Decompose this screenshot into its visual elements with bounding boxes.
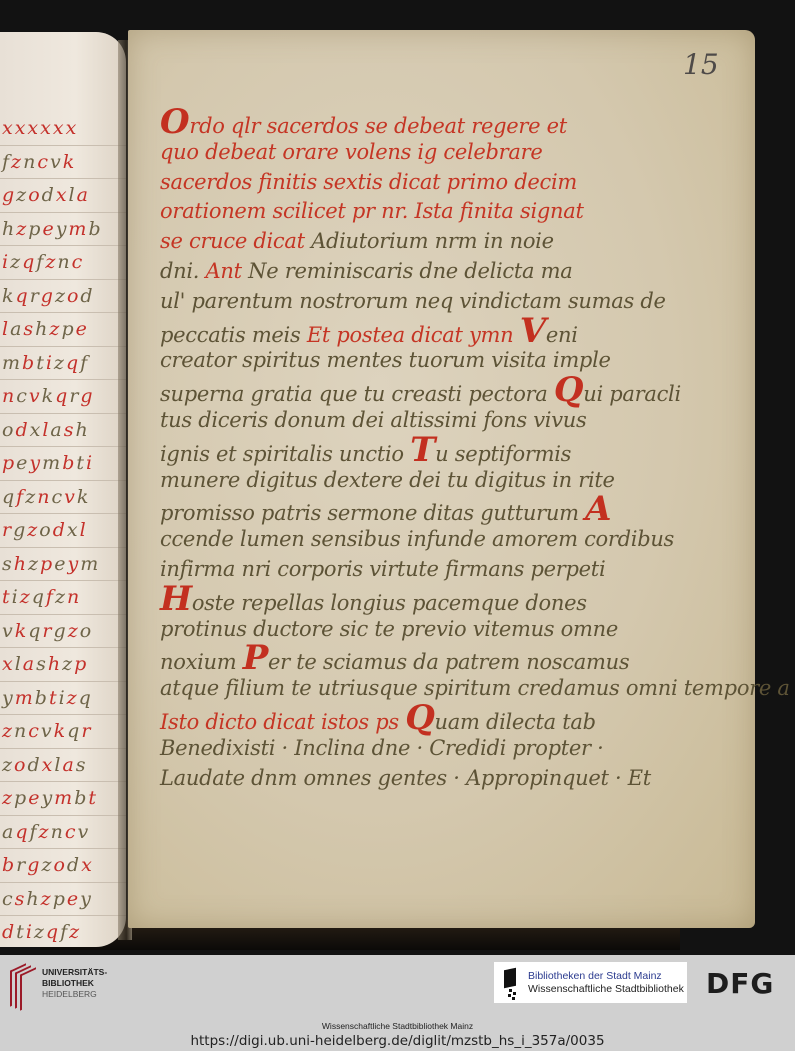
cipher-letter: g bbox=[13, 519, 27, 541]
cipher-letter: g bbox=[2, 184, 16, 206]
ub-heidelberg-logo[interactable]: UNIVERSITÄTS- BIBLIOTHEK HEIDELBERG bbox=[8, 963, 107, 1003]
body-text: peccatis meis bbox=[160, 323, 307, 347]
logo-line-3: HEIDELBERG bbox=[42, 989, 107, 1000]
cipher-row: y m b t i z q bbox=[0, 682, 126, 716]
body-text: Adiutorium nrm in noie bbox=[311, 229, 554, 253]
cipher-letter: a bbox=[10, 318, 23, 340]
cipher-letter: k bbox=[42, 385, 56, 407]
manuscript-line: Ordo qlr sacerdos se debeat regere et bbox=[160, 108, 660, 138]
cipher-letter: v bbox=[41, 720, 54, 742]
rubric-text: Ant bbox=[206, 259, 249, 283]
rubricated-initial: V bbox=[520, 311, 546, 351]
cipher-letter: z bbox=[55, 586, 67, 608]
cipher-letter: l bbox=[80, 519, 88, 541]
manuscript-line: peccatis meis Et postea dicat ymn Veni bbox=[160, 317, 660, 347]
cipher-letter: d bbox=[15, 419, 29, 441]
rubricated-initial: H bbox=[160, 579, 192, 619]
manuscript-line: quo debeat orare volens ig celebrare bbox=[160, 138, 660, 168]
cipher-letter: n bbox=[67, 586, 81, 608]
cipher-letter: x bbox=[30, 419, 43, 441]
cipher-letter: k bbox=[2, 285, 16, 307]
book-pixel-icon bbox=[500, 967, 522, 999]
cipher-letter: p bbox=[40, 553, 54, 575]
cipher-letter: z bbox=[69, 921, 81, 943]
manuscript-line: noxium Per te sciamus da patrem noscamus bbox=[160, 644, 660, 674]
cipher-letter: z bbox=[62, 653, 74, 675]
body-text: superna gratia que tu creasti pectora bbox=[160, 382, 554, 406]
cipher-letter: c bbox=[72, 251, 85, 273]
cipher-row: z o d x l a s bbox=[0, 749, 126, 783]
cipher-letter: l bbox=[42, 419, 50, 441]
cipher-letter: t bbox=[36, 352, 46, 374]
cipher-letter: l bbox=[15, 653, 23, 675]
manuscript-line: Isto dicto dicat istos ps Quam dilecta t… bbox=[160, 704, 660, 734]
cipher-letter: n bbox=[23, 151, 37, 173]
ub-heidelberg-wordmark: UNIVERSITÄTS- BIBLIOTHEK HEIDELBERG bbox=[42, 967, 107, 1000]
rubric-text: se cruce dicat bbox=[160, 229, 311, 253]
cipher-letter: z bbox=[55, 285, 67, 307]
cipher-letter: f bbox=[16, 486, 25, 508]
body-text: creator spiritus mentes tuorum visita im… bbox=[160, 348, 611, 372]
cipher-letter: o bbox=[39, 519, 52, 541]
cipher-grid: xxxxxxf z n c v k g z o d x l a h z p e … bbox=[0, 112, 126, 917]
cipher-letter: r bbox=[69, 385, 80, 407]
cipher-letter: v bbox=[77, 821, 90, 843]
cipher-letter: h bbox=[48, 653, 62, 675]
cipher-letter: s bbox=[2, 553, 14, 575]
cipher-row: a q f z n c v bbox=[0, 816, 126, 850]
cipher-letter: s bbox=[23, 318, 35, 340]
cipher-letter: i bbox=[12, 586, 20, 608]
cipher-letter: r bbox=[30, 285, 41, 307]
cipher-letter: f bbox=[36, 251, 45, 273]
cipher-letter: o bbox=[2, 419, 15, 441]
cipher-letter: f bbox=[2, 151, 11, 173]
manuscript-text-block: Ordo qlr sacerdos se debeat regere etquo… bbox=[160, 108, 660, 793]
cipher-letter: o bbox=[28, 184, 41, 206]
body-text: uam dilecta tab bbox=[435, 710, 596, 734]
permalink-url[interactable]: https://digi.ub.uni-heidelberg.de/diglit… bbox=[0, 1033, 795, 1049]
cipher-letter: q bbox=[46, 921, 60, 943]
cipher-row: d t i z q f z bbox=[0, 916, 126, 947]
manuscript-line: orationem scilicet pr nr. Ista finita si… bbox=[160, 197, 660, 227]
cipher-row: b r g z o d x bbox=[0, 849, 126, 883]
cipher-letter: z bbox=[41, 854, 53, 876]
cipher-letter: z bbox=[2, 720, 14, 742]
rubric-text: orationem scilicet pr nr. Ista finita si… bbox=[160, 199, 584, 223]
cipher-letter: q bbox=[15, 821, 29, 843]
body-text: ui paracli bbox=[583, 382, 681, 406]
cipher-letter: g bbox=[54, 620, 68, 642]
manuscript-line: Laudate dnm omnes gentes · Appropinquet … bbox=[160, 764, 660, 794]
cipher-letter: i bbox=[2, 251, 10, 273]
cipher-letter: z bbox=[20, 586, 32, 608]
ub-heidelberg-mark-icon bbox=[8, 963, 36, 1003]
cipher-letter: z bbox=[10, 251, 22, 273]
cipher-letter: z bbox=[11, 151, 23, 173]
cipher-letter: q bbox=[55, 385, 69, 407]
cipher-letter: h bbox=[76, 419, 90, 441]
cipher-letter: q bbox=[67, 720, 81, 742]
left-page-cipher-table: xxxxxxf z n c v k g z o d x l a h z p e … bbox=[0, 32, 126, 947]
cipher-letter: y bbox=[56, 218, 69, 240]
cipher-letter: e bbox=[67, 888, 80, 910]
cipher-letter: b bbox=[35, 687, 49, 709]
cipher-row: t i z q f z n bbox=[0, 581, 126, 615]
body-text: tus diceris donum dei altissimi fons viv… bbox=[160, 408, 586, 432]
rubric-text: Et postea dicat ymn bbox=[307, 323, 520, 347]
cipher-letter: s bbox=[64, 419, 76, 441]
cipher-row: c s h z p e y bbox=[0, 883, 126, 917]
logo-line-1: UNIVERSITÄTS- bbox=[42, 967, 107, 978]
cipher-row: m b t i z q f bbox=[0, 347, 126, 381]
cipher-letter: z bbox=[41, 888, 53, 910]
manuscript-line: creator spiritus mentes tuorum visita im… bbox=[160, 346, 660, 376]
cipher-letter: d bbox=[67, 854, 81, 876]
rubric-text: rdo qlr sacerdos se debeat regere et bbox=[189, 114, 567, 138]
cipher-letter: l bbox=[2, 318, 10, 340]
cipher-row: x l a s h z p bbox=[0, 648, 126, 682]
cipher-row: p e y m b t i bbox=[0, 447, 126, 481]
cipher-letter: v bbox=[29, 385, 42, 407]
cipher-row: k q r g z o d bbox=[0, 280, 126, 314]
cipher-letter: q bbox=[66, 352, 80, 374]
rubric-text: quo debeat orare volens ig celebrare bbox=[160, 140, 542, 164]
cipher-letter: y bbox=[29, 452, 42, 474]
cipher-letter: e bbox=[42, 218, 55, 240]
cipher-letter: z bbox=[25, 486, 37, 508]
cipher-letter: z bbox=[67, 687, 79, 709]
cipher-letter: n bbox=[57, 251, 71, 273]
body-text: ul' parentum nostrorum neq vindictam sum… bbox=[160, 289, 666, 313]
body-text: eni bbox=[546, 323, 578, 347]
cipher-letter: a bbox=[23, 653, 36, 675]
cipher-letter: d bbox=[80, 285, 94, 307]
cipher-letter: q bbox=[79, 687, 93, 709]
cipher-letter: c bbox=[2, 888, 15, 910]
cipher-letter: o bbox=[80, 620, 93, 642]
cipher-letter: a bbox=[77, 184, 90, 206]
rubricated-initial: Q bbox=[405, 698, 434, 738]
cipher-letter: t bbox=[88, 787, 98, 809]
cipher-letter: c bbox=[51, 486, 64, 508]
body-text: noxium bbox=[160, 650, 243, 674]
right-page-folio: 15 Ordo qlr sacerdos se debeat regere et… bbox=[128, 30, 755, 928]
cipher-row: v k q r g z o bbox=[0, 615, 126, 649]
cipher-letter: z bbox=[39, 821, 51, 843]
cipher-row: q f z n c v k bbox=[0, 481, 126, 515]
rubric-text: Isto dicto dicat istos ps bbox=[160, 710, 405, 734]
cipher-letter: e bbox=[54, 553, 67, 575]
cipher-row: r g z o d x l bbox=[0, 514, 126, 548]
cipher-letter: q bbox=[16, 285, 30, 307]
body-text: Benedixisti · Inclina dne · Credidi prop… bbox=[160, 736, 604, 760]
footer: UNIVERSITÄTS- BIBLIOTHEK HEIDELBERG Bibl… bbox=[0, 955, 795, 1051]
cipher-letter: a bbox=[2, 821, 15, 843]
cipher-letter: s bbox=[15, 888, 27, 910]
manuscript-line: ignis et spiritalis unctio Tu septiformi… bbox=[160, 436, 660, 466]
cipher-letter: z bbox=[16, 218, 28, 240]
cipher-letter: f bbox=[60, 921, 69, 943]
cipher-letter: e bbox=[28, 787, 41, 809]
cipher-letter: v bbox=[2, 620, 15, 642]
cipher-letter: f bbox=[80, 352, 89, 374]
manuscript-line: ul' parentum nostrorum neq vindictam sum… bbox=[160, 287, 660, 317]
cipher-letter: x bbox=[42, 754, 55, 776]
folio-number: 15 bbox=[683, 48, 719, 81]
manuscript-line: ccende lumen sensibus infunde amorem cor… bbox=[160, 525, 660, 555]
cipher-letter: z bbox=[45, 251, 57, 273]
cipher-letter: v bbox=[64, 486, 77, 508]
cipher-letter: s bbox=[36, 653, 48, 675]
cipher-letter: c bbox=[37, 151, 50, 173]
cipher-letter: n bbox=[51, 821, 65, 843]
cipher-letter: b bbox=[2, 854, 16, 876]
cipher-letter: c bbox=[65, 821, 78, 843]
cipher-letter: z bbox=[68, 620, 80, 642]
cipher-row: xxxxxx bbox=[0, 112, 126, 146]
body-text: ccende lumen sensibus infunde amorem cor… bbox=[160, 527, 674, 551]
cipher-letter: r bbox=[16, 854, 27, 876]
body-text: promisso patris sermone ditas gutturum bbox=[160, 501, 585, 525]
cipher-letter: g bbox=[41, 285, 55, 307]
cipher-red-letters: xxxxxx bbox=[2, 117, 78, 139]
manuscript-line: infirma nri corporis virtute firmans per… bbox=[160, 555, 660, 585]
cipher-row: f z n c v k bbox=[0, 146, 126, 180]
cipher-row: n c v k q r g bbox=[0, 380, 126, 414]
cipher-letter: m bbox=[2, 352, 22, 374]
cipher-letter: z bbox=[54, 352, 66, 374]
manuscript-line: sacerdos finitis sextis dicat primo deci… bbox=[160, 168, 660, 198]
body-text: dni. bbox=[160, 259, 206, 283]
cipher-letter: n bbox=[14, 720, 28, 742]
cipher-row: h z p e y m b bbox=[0, 213, 126, 247]
cipher-letter: x bbox=[2, 653, 15, 675]
manuscript-scan: xxxxxxf z n c v k g z o d x l a h z p e … bbox=[0, 0, 795, 955]
cipher-letter: e bbox=[16, 452, 29, 474]
cipher-letter: x bbox=[56, 184, 69, 206]
body-text: u septiformis bbox=[435, 442, 571, 466]
manuscript-line: promisso patris sermone ditas gutturum A bbox=[160, 495, 660, 525]
cipher-letter: a bbox=[50, 419, 63, 441]
cipher-letter: i bbox=[26, 921, 34, 943]
cipher-row: s h z p e y m bbox=[0, 548, 126, 582]
cipher-letter: r bbox=[2, 519, 13, 541]
rubricated-initial: P bbox=[243, 638, 268, 678]
cipher-letter: p bbox=[61, 318, 75, 340]
cipher-letter: h bbox=[35, 318, 49, 340]
cipher-letter: h bbox=[2, 218, 16, 240]
rubricated-initial: O bbox=[160, 102, 189, 142]
body-text: munere digitus dextere dei tu digitus in… bbox=[160, 468, 615, 492]
cipher-letter: p bbox=[2, 452, 16, 474]
cipher-letter: m bbox=[42, 452, 62, 474]
cipher-letter: s bbox=[76, 754, 88, 776]
cipher-letter: z bbox=[16, 184, 28, 206]
body-text: ignis et spiritalis unctio bbox=[160, 442, 410, 466]
manuscript-line: superna gratia que tu creasti pectora Qu… bbox=[160, 376, 660, 406]
mainz-line-2: Wissenschaftliche Stadtbibliothek bbox=[528, 983, 684, 996]
mainz-wordmark: Bibliotheken der Stadt Mainz Wissenschaf… bbox=[528, 970, 684, 996]
cipher-letter: b bbox=[22, 352, 36, 374]
cipher-letter: i bbox=[46, 352, 54, 374]
cipher-letter: z bbox=[2, 787, 14, 809]
cipher-letter: c bbox=[28, 720, 41, 742]
manuscript-line: Hoste repellas longius pacemque dones bbox=[160, 585, 660, 615]
cipher-letter: p bbox=[28, 218, 42, 240]
cipher-letter: m bbox=[54, 787, 74, 809]
cipher-letter: x bbox=[67, 519, 80, 541]
cipher-letter: n bbox=[37, 486, 51, 508]
cipher-row: i z q f z n c bbox=[0, 246, 126, 280]
cipher-letter: q bbox=[28, 620, 42, 642]
cipher-letter: e bbox=[76, 318, 89, 340]
rubric-text: sacerdos finitis sextis dicat primo deci… bbox=[160, 170, 577, 194]
cipher-row: z p e y m b t bbox=[0, 782, 126, 816]
cipher-letter: z bbox=[34, 921, 46, 943]
cipher-letter: l bbox=[69, 184, 77, 206]
cipher-letter: p bbox=[53, 888, 67, 910]
cipher-letter: z bbox=[27, 519, 39, 541]
cipher-letter: a bbox=[62, 754, 75, 776]
body-text: Ne reminiscaris dne delicta ma bbox=[248, 259, 572, 283]
body-text: protinus ductore sic te previo vitemus o… bbox=[160, 617, 618, 641]
mainz-line-1: Bibliotheken der Stadt Mainz bbox=[528, 970, 684, 983]
cipher-letter: r bbox=[81, 720, 92, 742]
cipher-letter: t bbox=[49, 687, 59, 709]
cipher-letter: f bbox=[46, 586, 55, 608]
cipher-letter: q bbox=[32, 586, 46, 608]
cipher-letter: x bbox=[81, 854, 94, 876]
body-text: Laudate dnm omnes gentes · Appropinquet … bbox=[160, 766, 651, 790]
cipher-letter: z bbox=[28, 553, 40, 575]
cipher-letter: t bbox=[16, 921, 26, 943]
cipher-letter: n bbox=[2, 385, 16, 407]
dfg-logo[interactable]: DFG bbox=[706, 967, 774, 1000]
cipher-letter: k bbox=[63, 151, 77, 173]
cipher-letter: y bbox=[2, 687, 15, 709]
cipher-letter: d bbox=[27, 754, 41, 776]
cipher-letter: g bbox=[27, 854, 41, 876]
body-text: er te sciamus da patrem noscamus bbox=[268, 650, 629, 674]
body-text: atque filium te utriusque spiritum creda… bbox=[160, 676, 790, 700]
cipher-letter: y bbox=[41, 787, 54, 809]
cipher-row: g z o d x l a bbox=[0, 179, 126, 213]
cipher-letter: q bbox=[22, 251, 36, 273]
cipher-letter: d bbox=[53, 519, 67, 541]
cipher-letter: d bbox=[2, 921, 16, 943]
cipher-letter: m bbox=[68, 218, 88, 240]
cipher-row: o d x l a s h bbox=[0, 414, 126, 448]
cipher-letter: z bbox=[49, 318, 61, 340]
cipher-letter: v bbox=[50, 151, 63, 173]
cipher-letter: t bbox=[2, 586, 12, 608]
cipher-letter: k bbox=[54, 720, 68, 742]
cipher-letter: p bbox=[74, 653, 88, 675]
stadtbibliothek-mainz-logo[interactable]: Bibliotheken der Stadt Mainz Wissenschaf… bbox=[494, 962, 687, 1003]
cipher-row: l a s h z p e bbox=[0, 313, 126, 347]
cipher-letter: m bbox=[15, 687, 35, 709]
manuscript-line: Benedixisti · Inclina dne · Credidi prop… bbox=[160, 734, 660, 764]
cipher-letter: o bbox=[67, 285, 80, 307]
rubricated-initial: Q bbox=[554, 370, 583, 410]
cipher-letter: p bbox=[14, 787, 28, 809]
logo-line-2: BIBLIOTHEK bbox=[42, 978, 107, 989]
cipher-letter: l bbox=[54, 754, 62, 776]
cipher-letter: y bbox=[80, 888, 93, 910]
cipher-letter: z bbox=[2, 754, 14, 776]
cipher-letter: m bbox=[80, 553, 100, 575]
cipher-letter: f bbox=[30, 821, 39, 843]
cipher-row: z n c v k q r bbox=[0, 715, 126, 749]
cipher-letter: k bbox=[15, 620, 29, 642]
manuscript-line: protinus ductore sic te previo vitemus o… bbox=[160, 615, 660, 645]
cipher-letter: r bbox=[42, 620, 53, 642]
cipher-letter: t bbox=[76, 452, 86, 474]
cipher-letter: k bbox=[77, 486, 91, 508]
body-text: infirma nri corporis virtute firmans per… bbox=[160, 557, 605, 581]
cipher-letter: d bbox=[42, 184, 56, 206]
cipher-letter: o bbox=[14, 754, 27, 776]
cipher-letter: b bbox=[74, 787, 88, 809]
body-text: oste repellas longius pacemque dones bbox=[192, 591, 587, 615]
cipher-letter: h bbox=[26, 888, 40, 910]
manuscript-line: se cruce dicat Adiutorium nrm in noie bbox=[160, 227, 660, 257]
cipher-letter: h bbox=[14, 553, 28, 575]
credit-line: Wissenschaftliche Stadtbibliothek Mainz bbox=[0, 1021, 795, 1031]
rubricated-initial: A bbox=[585, 489, 611, 529]
manuscript-line: dni. Ant Ne reminiscaris dne delicta ma bbox=[160, 257, 660, 287]
cipher-letter: i bbox=[59, 687, 67, 709]
rubricated-initial: T bbox=[410, 430, 435, 470]
cipher-letter: q bbox=[2, 486, 16, 508]
cipher-letter: b bbox=[62, 452, 76, 474]
cipher-letter: b bbox=[88, 218, 102, 240]
cipher-letter: i bbox=[86, 452, 94, 474]
cipher-letter: y bbox=[67, 553, 80, 575]
cipher-letter: g bbox=[80, 385, 94, 407]
cipher-letter: o bbox=[53, 854, 66, 876]
cipher-letter: c bbox=[16, 385, 29, 407]
